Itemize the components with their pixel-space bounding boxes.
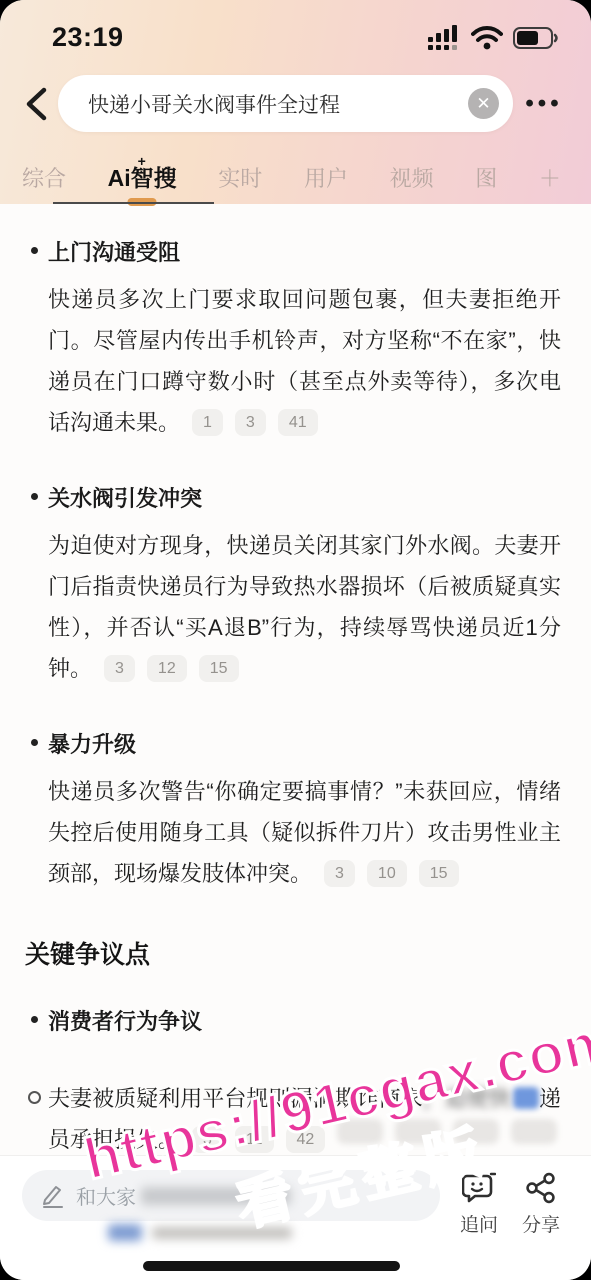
redacted-citation-badge (511, 1119, 557, 1144)
section-title: 暴力升级 (48, 732, 136, 757)
search-bar-row: 快递小哥关水阀事件全过程 ✕ ••• (0, 53, 591, 132)
tab-divider-line (53, 202, 214, 204)
subsection: 消费者行为争议 (25, 1007, 561, 1037)
tab-label: 视频 (390, 166, 434, 191)
citation-badge[interactable]: 10 (367, 860, 407, 887)
chat-smiley-icon (462, 1172, 496, 1204)
phone-screen: 23:19 (0, 0, 591, 1280)
section-title: 上门沟通受阻 (48, 240, 180, 265)
result-tabs: 综合Ai智搜+实时用户视频图＋ (0, 132, 591, 209)
bottom-action-bar: 和大家 追问 分享 (0, 1156, 591, 1280)
answer-section: 暴力升级快递员多次警告“你确定要搞事情？”未获回应，情绪失控后使用随身工具（疑似… (25, 730, 561, 894)
followup-button[interactable]: 追问 (446, 1172, 512, 1237)
redacted-citation-badge (337, 1119, 383, 1144)
citation-badge[interactable]: 3 (192, 1126, 223, 1153)
redacted-disclaimer-row (108, 1224, 292, 1241)
header-area: 23:19 (0, 0, 591, 204)
tab-6[interactable]: 图 (475, 162, 497, 209)
subsection-title: 消费者行为争议 (48, 1009, 202, 1034)
blurred-link-icon (513, 1087, 539, 1109)
home-indicator[interactable] (143, 1261, 400, 1271)
tab-5[interactable]: 视频 (390, 162, 434, 209)
more-menu-button[interactable]: ••• (513, 90, 575, 118)
followup-input[interactable]: 和大家 (22, 1170, 440, 1221)
tab-label: 用户 (304, 166, 348, 191)
citation-badge[interactable]: 15 (199, 655, 239, 682)
share-nodes-icon (525, 1172, 557, 1204)
search-input[interactable]: 快递小哥关水阀事件全过程 ✕ (58, 75, 513, 132)
redacted-citation-badge (395, 1119, 441, 1144)
tab-label: 图 (475, 166, 497, 191)
status-bar: 23:19 (0, 0, 591, 53)
status-time: 23:19 (52, 22, 124, 53)
answer-section: 关水阀引发冲突为迫使对方现身，快递员关闭其家门外水阀。夫妻开门后指责快递员行为导… (25, 484, 561, 689)
cellular-signal-icon (427, 25, 461, 51)
redacted-text: ，迫使快 (423, 1086, 511, 1111)
citation-badge[interactable]: 3 (104, 655, 135, 682)
tab-3[interactable]: 实时 (218, 162, 262, 209)
citation-badge[interactable]: 11 (235, 1126, 274, 1153)
battery-icon (513, 26, 559, 50)
back-chevron-icon (25, 87, 47, 121)
citation-badge[interactable]: 41 (278, 409, 318, 436)
hollow-bullet-icon (28, 1091, 41, 1104)
bullet-icon (31, 247, 38, 254)
back-button[interactable] (14, 82, 58, 126)
status-icons (427, 25, 559, 51)
search-query-text: 快递小哥关水阀事件全过程 (88, 89, 468, 119)
pencil-icon (40, 1183, 66, 1209)
bullet-icon (31, 1016, 38, 1023)
section-body: 为迫使对方现身，快递员关闭其家门外水阀。夫妻开门后指责快递员行为导致热水器损坏（… (25, 525, 561, 689)
redacted-citation-badge (453, 1119, 499, 1144)
share-label: 分享 (522, 1210, 560, 1237)
wifi-icon (471, 26, 503, 50)
answer-section: 上门沟通受阻快递员多次上门要求取回问题包裹，但夫妻拒绝开门。尽管屋内传出手机铃声… (25, 238, 561, 443)
section-heading: 关键争议点 (25, 935, 561, 971)
bullet-icon (31, 493, 38, 500)
followup-placeholder: 和大家 (76, 1181, 136, 1210)
section-title: 关水阀引发冲突 (48, 486, 202, 511)
plus-icon: + (138, 153, 146, 169)
bullet-icon (31, 739, 38, 746)
ai-answer-content: 上门沟通受阻快递员多次上门要求取回问题包裹，但夫妻拒绝开门。尽管屋内传出手机铃声… (0, 204, 591, 1278)
tab-label: 实时 (218, 166, 262, 191)
citation-badge[interactable]: 3 (235, 409, 266, 436)
tab-7[interactable]: ＋ (539, 162, 561, 209)
citation-badge[interactable]: 1 (192, 409, 223, 436)
citation-badge[interactable]: 12 (147, 655, 187, 682)
tab-4[interactable]: 用户 (304, 162, 348, 209)
section-body: 快递员多次上门要求取回问题包裹，但夫妻拒绝开门。尽管屋内传出手机铃声，对方坚称“… (25, 279, 561, 443)
dispute-item: 夫妻被质疑利用平台规则漏洞欺诈商家，迫使快递员承担损失。31142 (25, 1078, 561, 1160)
citation-badge[interactable]: 42 (286, 1126, 326, 1153)
share-button[interactable]: 分享 (508, 1172, 574, 1237)
tab-label: ＋ (539, 166, 561, 191)
clear-search-icon[interactable]: ✕ (468, 88, 499, 119)
citation-badge[interactable]: 3 (324, 860, 355, 887)
redacted-placeholder-text (141, 1187, 291, 1205)
followup-label: 追问 (460, 1210, 498, 1237)
section-body: 快递员多次警告“你确定要搞事情？”未获回应，情绪失控后使用随身工具（疑似拆件刀片… (25, 771, 561, 894)
tab-label: 综合 (22, 166, 66, 191)
citation-badge[interactable]: 15 (419, 860, 459, 887)
